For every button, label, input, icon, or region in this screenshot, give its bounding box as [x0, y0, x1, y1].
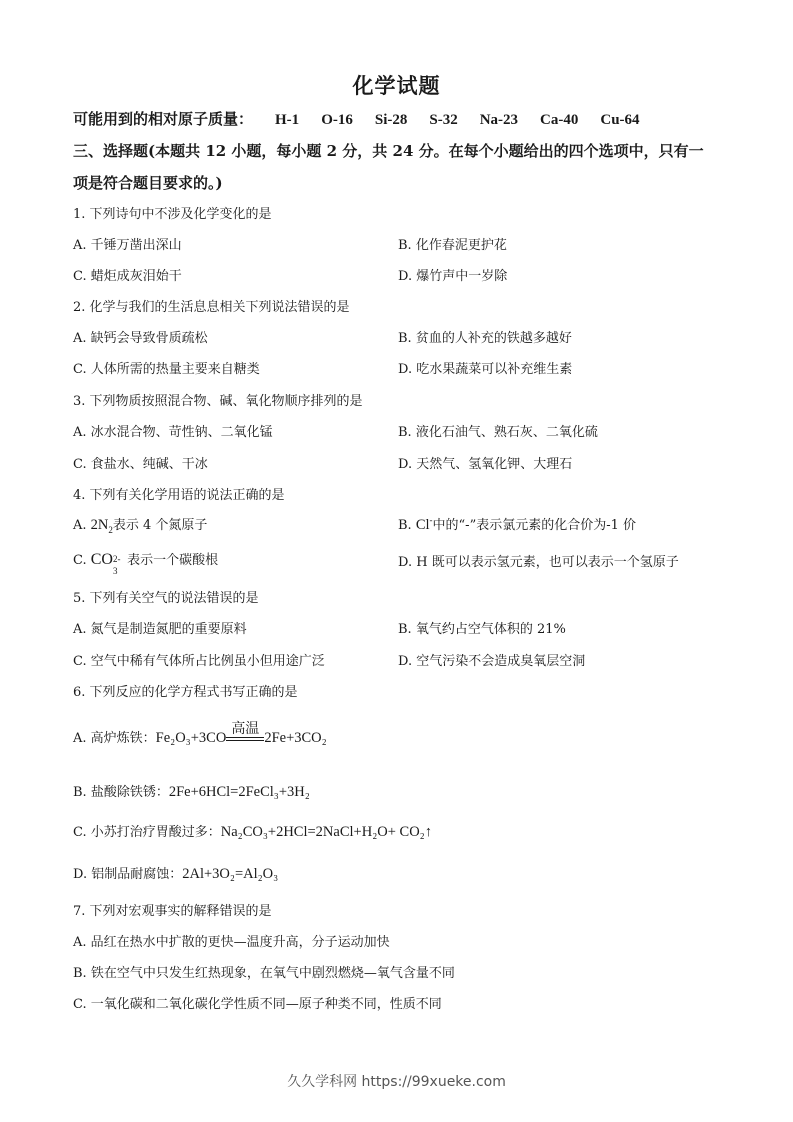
question-6-stem: 6. 下列反应的化学方程式书写正确的是 [73, 681, 298, 700]
question-1-option-c: C. 蜡炬成灰泪始干 [73, 265, 182, 284]
element-mass: Na-23 [480, 112, 518, 129]
question-1-option-a: A. 千锤万凿出深山 [73, 234, 182, 253]
element-mass: Ca-40 [540, 112, 578, 129]
element-mass: S-32 [429, 112, 457, 129]
footer-watermark: 久久学科网 https://99xueke.com [0, 1071, 793, 1091]
reaction-condition-equals: 高温 [226, 737, 264, 747]
question-5-option-c: C. 空气中稀有气体所占比例虽小但用途广泛 [73, 650, 325, 669]
section-heading-line1: 三、选择题(本题共 12 小题，每小题 2 分，共 24 分。在每个小题给出的四… [73, 140, 704, 161]
question-4-option-d: D. H 既可以表示氢元素，也可以表示一个氢原子 [398, 551, 679, 570]
chem-formula: Cl- [416, 517, 433, 533]
question-7-stem: 7. 下列对宏观事实的解释错误的是 [73, 900, 272, 919]
question-2-option-b: B. 贫血的人补充的铁越多越好 [398, 327, 572, 346]
question-4-option-b: B. Cl-中的“-”表示氯元素的化合价为-1 价 [398, 514, 636, 534]
question-3-option-d: D. 天然气、氢氧化钾、大理石 [398, 453, 572, 472]
question-5-option-a: A. 氮气是制造氮肥的重要原料 [73, 618, 247, 637]
page-title: 化学试题 [0, 70, 793, 100]
chem-formula: 2N2 [91, 517, 113, 533]
question-3-option-b: B. 液化石油气、熟石灰、二氧化硫 [398, 421, 598, 440]
question-3-option-a: A. 冰水混合物、苛性钠、二氧化锰 [73, 421, 273, 440]
element-mass: H-1 [275, 112, 299, 129]
atomic-mass-label: 可能用到的相对原子质量： [73, 110, 253, 128]
question-6-option-d: D. 铝制品耐腐蚀：2Al+3O₂=Al₂O₃ [73, 863, 278, 883]
question-7-option-c: C. 一氧化碳和二氧化碳化学性质不同—原子种类不同，性质不同 [73, 993, 442, 1012]
chem-equation: 2Fe+6HCl=2FeCl₃+3H₂ [169, 784, 310, 800]
element-mass: Si-28 [375, 112, 408, 129]
element-mass: O-16 [321, 112, 353, 129]
chem-equation: Na₂CO₃+2HCl=2NaCl+H₂O+ CO₂↑ [221, 824, 432, 840]
question-5-option-d: D. 空气污染不会造成臭氧层空洞 [398, 650, 585, 669]
question-5-stem: 5. 下列有关空气的说法错误的是 [73, 587, 259, 606]
question-7-option-b: B. 铁在空气中只发生红热现象，在氧气中剧烈燃烧—氧气含量不同 [73, 962, 455, 981]
question-3-option-c: C. 食盐水、纯碱、干冰 [73, 453, 208, 472]
question-1-option-d: D. 爆竹声中一岁除 [398, 265, 507, 284]
question-6-option-a: A. 高炉炼铁：Fe₂O₃+3CO高温2Fe+3CO₂ [73, 727, 327, 747]
chem-equation: 2Al+3O₂=Al₂O₃ [182, 866, 278, 882]
question-1-option-b: B. 化作春泥更护花 [398, 234, 507, 253]
question-4-option-a: A. 2N2表示 4 个氮原子 [73, 514, 207, 535]
question-4-stem: 4. 下列有关化学用语的说法正确的是 [73, 484, 285, 503]
question-5-option-b: B. 氧气约占空气体积的 21% [398, 618, 566, 637]
question-6-option-c: C. 小苏打治疗胃酸过多：Na₂CO₃+2HCl=2NaCl+H₂O+ CO₂↑ [73, 821, 432, 841]
question-2-option-d: D. 吃水果蔬菜可以补充维生素 [398, 358, 572, 377]
question-2-option-c: C. 人体所需的热量主要来自糖类 [73, 358, 260, 377]
element-mass: Cu-64 [600, 112, 639, 129]
question-6-option-b: B. 盐酸除铁锈：2Fe+6HCl=2FeCl₃+3H₂ [73, 781, 310, 801]
chem-formula: CO2-3 [91, 551, 123, 568]
question-3-stem: 3. 下列物质按照混合物、碱、氧化物顺序排列的是 [73, 390, 363, 409]
chem-equation: Fe₂O₃+3CO高温2Fe+3CO₂ [156, 730, 327, 746]
section-heading-line2: 项是符合题目要求的。) [73, 172, 223, 193]
question-2-option-a: A. 缺钙会导致骨质疏松 [73, 327, 208, 346]
question-4-option-c: C. CO2-3 表示一个碳酸根 [73, 549, 218, 569]
question-7-option-a: A. 品红在热水中扩散的更快—温度升高，分子运动加快 [73, 931, 390, 950]
question-1-stem: 1. 下列诗句中不涉及化学变化的是 [73, 203, 272, 222]
atomic-mass-line: 可能用到的相对原子质量：H-1O-16Si-28S-32Na-23Ca-40Cu… [73, 108, 640, 129]
question-2-stem: 2. 化学与我们的生活息息相关下列说法错误的是 [73, 296, 350, 315]
